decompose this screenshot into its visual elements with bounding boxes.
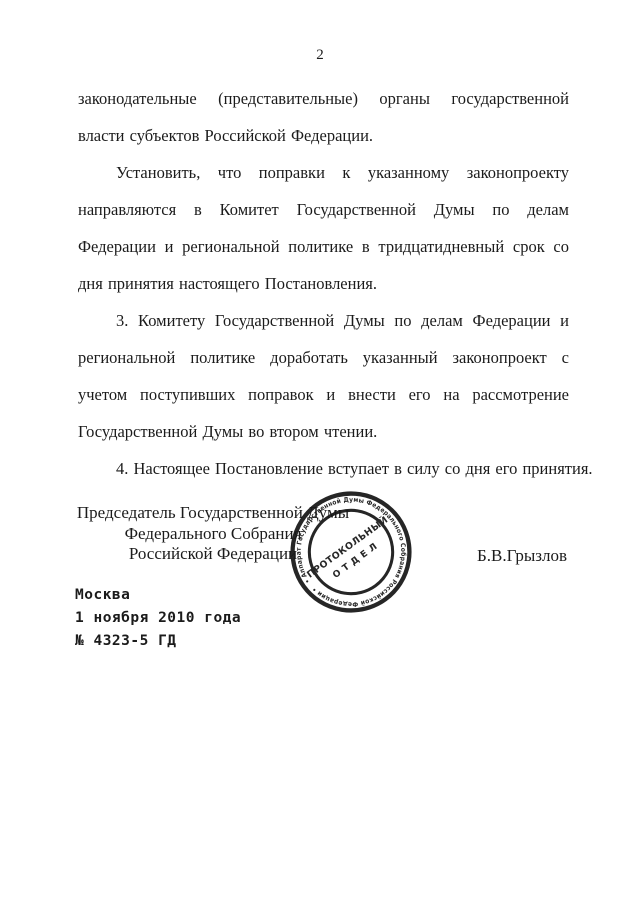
footer-block: Москва 1 ноября 2010 года № 4323-5 ГД bbox=[75, 584, 241, 653]
footer-document-number: № 4323-5 ГД bbox=[75, 630, 241, 653]
footer-city: Москва bbox=[75, 584, 241, 607]
stamp-ring-text: • Аппарат Государственной Думы Федеральн… bbox=[288, 489, 414, 615]
paragraph-item-3: 3. Комитету Государственной Думы по дела… bbox=[78, 302, 569, 450]
protocol-department-stamp-seal: • Аппарат Государственной Думы Федеральн… bbox=[288, 489, 414, 615]
paragraph-establish: Установить, что поправки к указанному за… bbox=[78, 154, 569, 302]
footer-date: 1 ноября 2010 года bbox=[75, 607, 241, 630]
page-number: 2 bbox=[0, 46, 640, 64]
stamp-outer-circle bbox=[288, 489, 414, 615]
paragraph-item-4: 4. Настоящее Постановление вступает в си… bbox=[78, 450, 569, 487]
document-page: 2 законодательные (представительные) орг… bbox=[0, 0, 640, 905]
document-body: законодательные (представительные) орган… bbox=[78, 80, 569, 487]
paragraph-continuation: законодательные (представительные) орган… bbox=[78, 80, 569, 154]
signatory-name: Б.В.Грызлов bbox=[477, 546, 567, 566]
